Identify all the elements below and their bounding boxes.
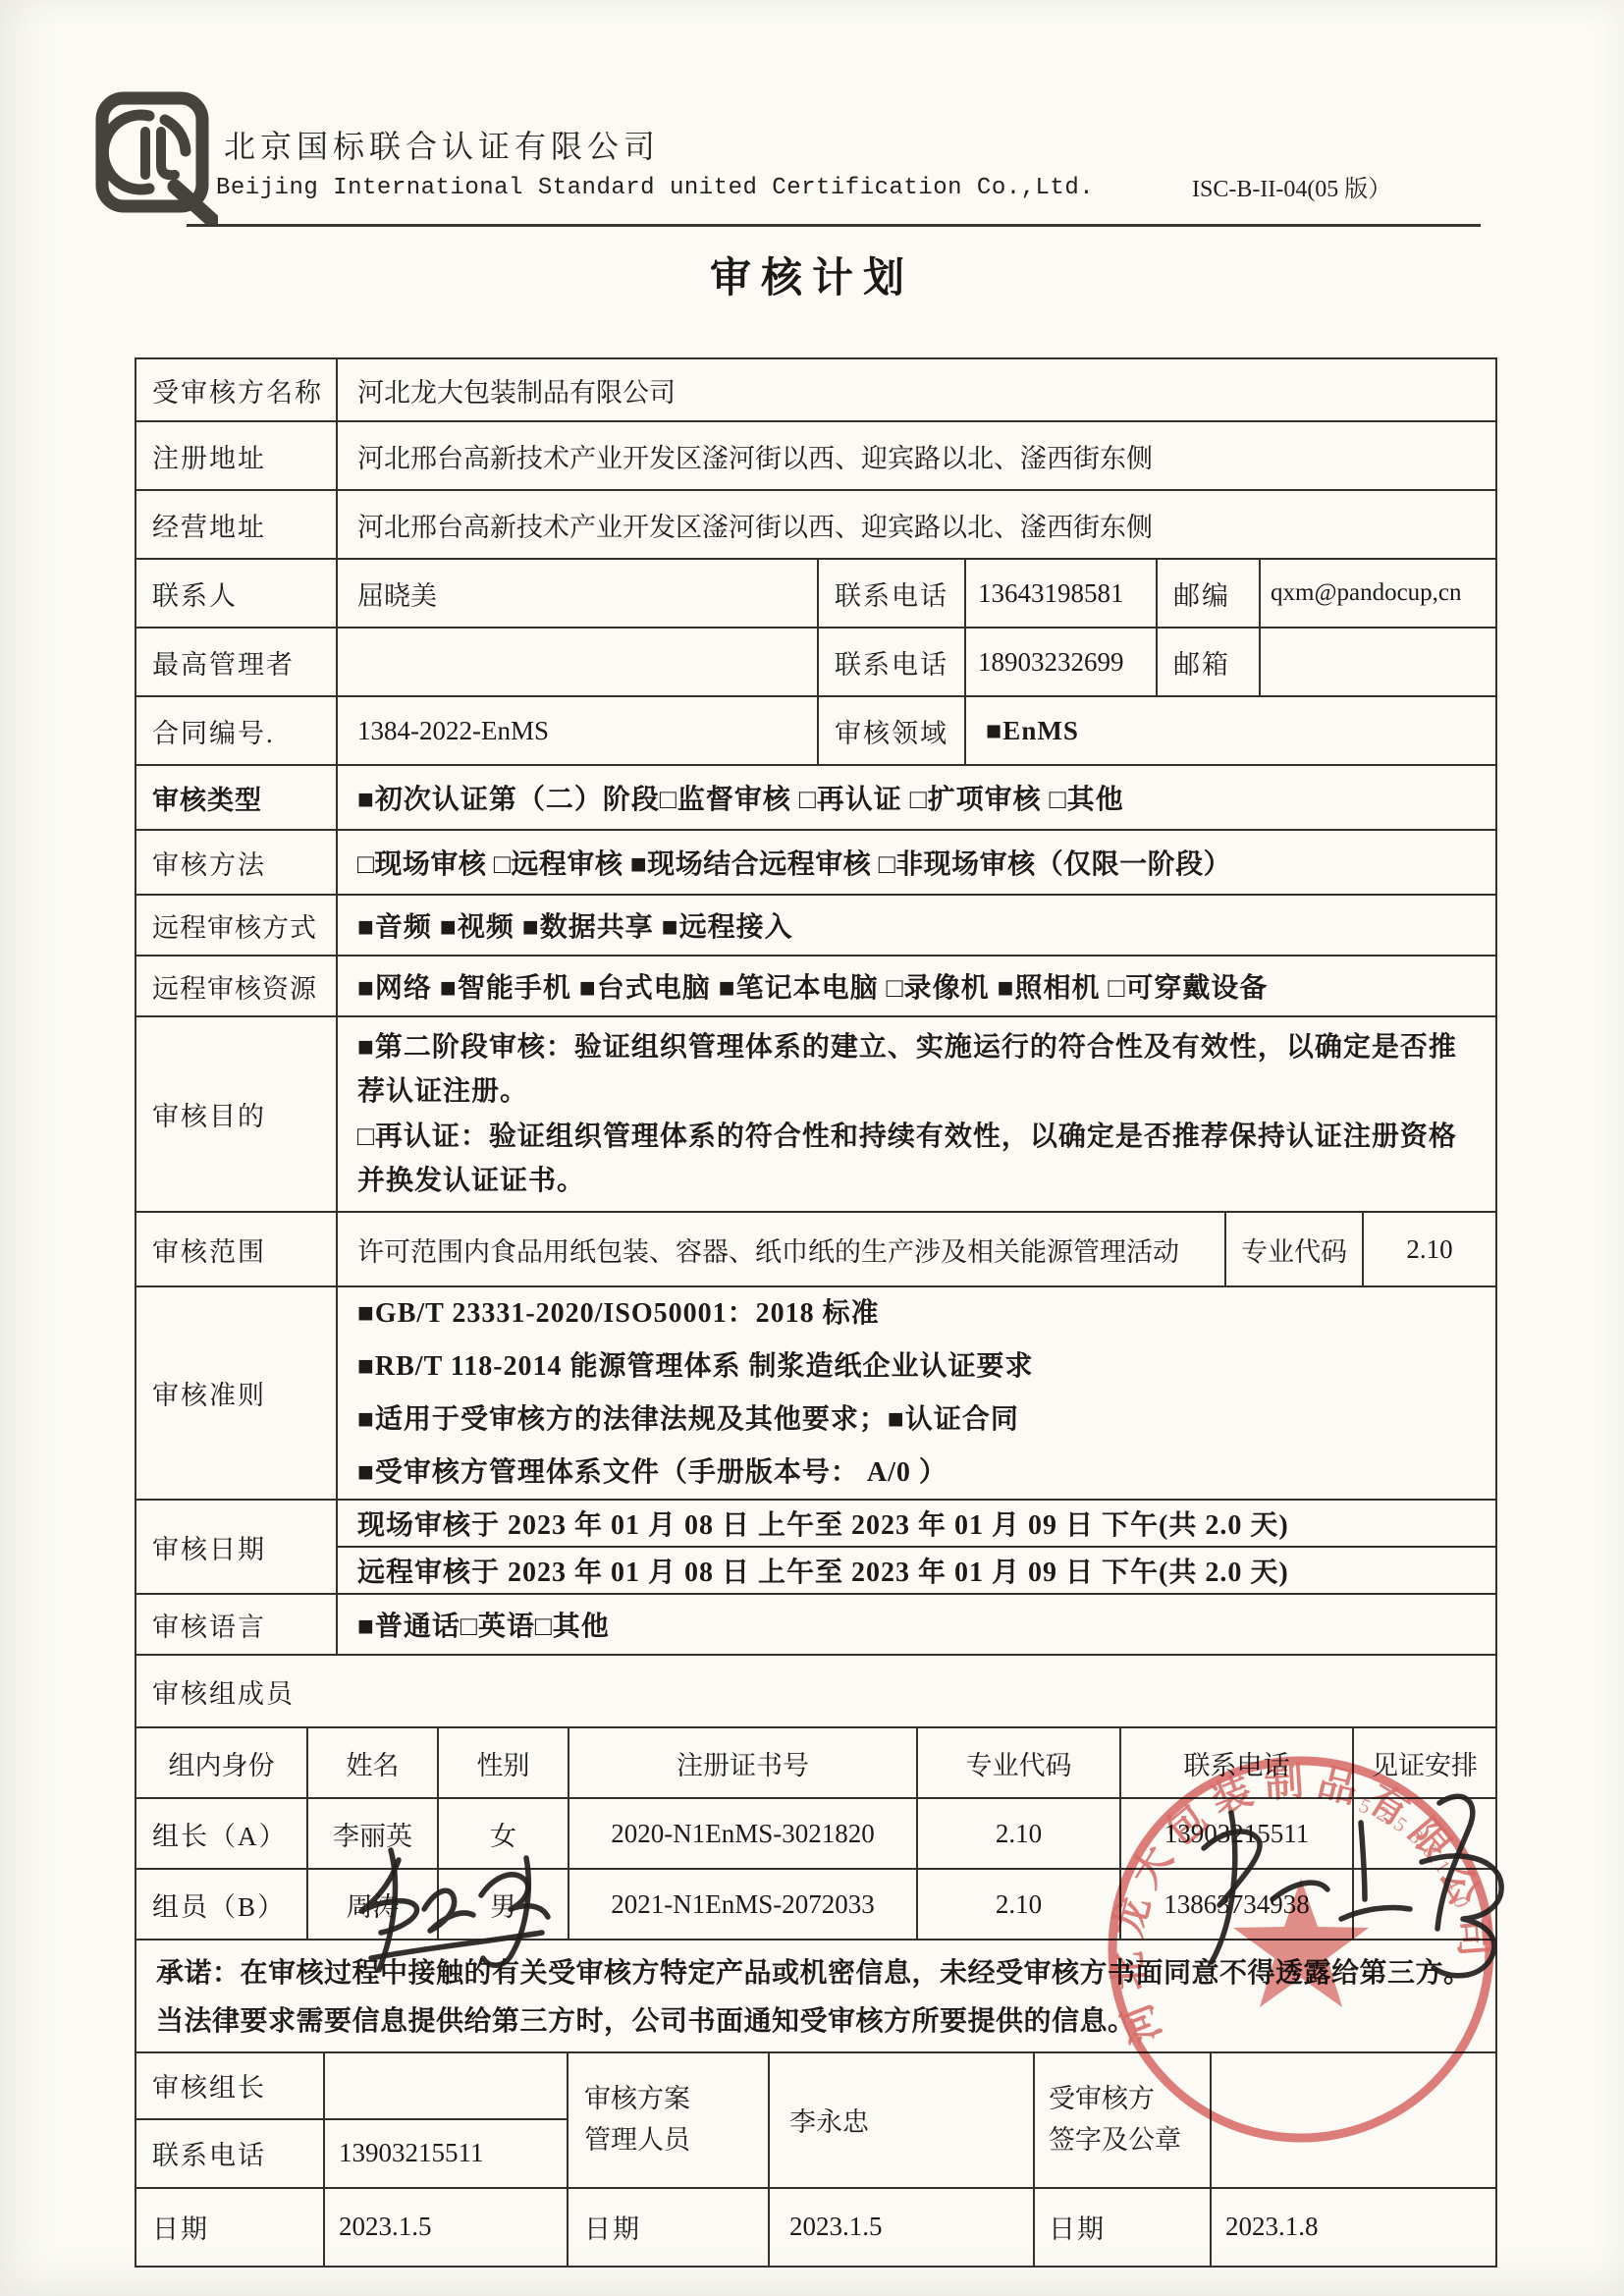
audit-scope-value: 许可范围内食品用纸包装、容器、纸巾纸的生产涉及相关能源管理活动 <box>337 1212 1225 1286</box>
audit-language-value: ■普通话□英语□其他 <box>337 1594 1496 1655</box>
postcode-label: 邮编 <box>1157 559 1260 628</box>
col-role: 组内身份 <box>135 1727 307 1798</box>
org-name-cn: 北京国标联合认证有限公司 <box>224 122 660 167</box>
onsite-date-value: 现场审核于 2023 年 01 月 08 日 上午至 2023 年 01 月 0… <box>337 1500 1496 1547</box>
col-cert-no: 注册证书号 <box>568 1727 917 1798</box>
criteria-line-3: ■适用于受审核方的法律法规及其他要求；■认证合同 <box>357 1394 1495 1447</box>
contract-no-value: 1384-2022-EnMS <box>337 696 818 765</box>
audit-criteria-label: 审核准则 <box>135 1286 337 1500</box>
member-role: 组长（A） <box>135 1798 307 1869</box>
operating-address-value: 河北邢台高新技术产业开发区滏河街以西、迎宾路以北、滏西街东侧 <box>337 490 1496 559</box>
member-role: 组员（B） <box>135 1869 307 1940</box>
registered-address-label: 注册地址 <box>135 421 337 490</box>
auditee-sign-label-line2: 签字及公章 <box>1049 2120 1200 2161</box>
contact-phone-label: 联系电话 <box>818 559 965 628</box>
team-members-table: 组内身份 姓名 性别 注册证书号 专业代码 联系电话 见证安排 组长（A） 李丽… <box>135 1726 1497 1941</box>
audit-scope-table: 审核范围 许可范围内食品用纸包装、容器、纸巾纸的生产涉及相关能源管理活动 专业代… <box>135 1211 1497 1287</box>
audit-domain-value: ■EnMS <box>965 696 1496 765</box>
audit-criteria-value: ■GB/T 23331-2020/ISO50001：2018 标准 ■RB/T … <box>337 1286 1496 1500</box>
program-manager-label: 审核方案 管理人员 <box>568 2052 769 2188</box>
manager-phone-value: 18903232699 <box>965 628 1157 696</box>
auditee-date-label: 日期 <box>1034 2188 1211 2267</box>
leader-phone-label: 联系电话 <box>135 2119 324 2188</box>
member-gender: 男 <box>438 1869 568 1940</box>
audit-domain-label: 审核领域 <box>818 696 965 765</box>
member-witness <box>1353 1869 1496 1940</box>
certification-logo <box>94 90 218 224</box>
audit-type-value: ■初次认证第（二）阶段□监督审核 □再认证 □扩项审核 □其他 <box>337 765 1496 830</box>
criteria-line-1: ■GB/T 23331-2020/ISO50001：2018 标准 <box>357 1287 1495 1340</box>
program-manager-label-line2: 管理人员 <box>584 2120 758 2161</box>
audit-type-label: 审核类型 <box>135 765 337 830</box>
specialty-code-value: 2.10 <box>1363 1212 1496 1286</box>
page-title: 审核计划 <box>0 246 1624 304</box>
audit-purpose-label: 审核目的 <box>135 1016 337 1212</box>
program-manager-label-line1: 审核方案 <box>584 2079 758 2120</box>
member-gender: 女 <box>438 1798 568 1869</box>
team-header-row: 组内身份 姓名 性别 注册证书号 专业代码 联系电话 见证安排 <box>135 1727 1496 1798</box>
member-witness <box>1353 1798 1496 1869</box>
member-cert-no: 2020-N1EnMS-3021820 <box>568 1798 917 1869</box>
program-manager-name: 李永忠 <box>769 2052 1034 2188</box>
commitment-line-1: 承诺：在审核过程中接触的有关受审核方特定产品或机密信息，未经受审核方书面同意不得… <box>156 1950 1480 1997</box>
col-phone: 联系电话 <box>1120 1727 1353 1798</box>
leader-date-value: 2023.1.5 <box>324 2188 568 2267</box>
member-code: 2.10 <box>917 1798 1120 1869</box>
leader-phone-value: 13903215511 <box>324 2119 568 2188</box>
manager-date-value: 2023.1.5 <box>769 2188 1034 2267</box>
criteria-line-2: ■RB/T 118-2014 能源管理体系 制浆造纸企业认证要求 <box>357 1340 1495 1394</box>
team-section-label: 审核组成员 <box>135 1655 1496 1727</box>
audit-language-table: 审核语言 ■普通话□英语□其他 <box>135 1593 1497 1656</box>
contact-table: 联系人 屈晓美 联系电话 13643198581 邮编 qxm@pandocup… <box>135 558 1497 697</box>
commitment-text: 承诺：在审核过程中接触的有关受审核方特定产品或机密信息，未经受审核方书面同意不得… <box>135 1940 1496 2051</box>
scanned-audit-plan-page: 北京国标联合认证有限公司 Beijing International Stand… <box>0 0 1624 2296</box>
audit-purpose-value: ■第二阶段审核：验证组织管理体系的建立、实施运行的符合性及有效性，以确定是否推荐… <box>337 1016 1496 1212</box>
auditee-sign-label-line1: 受审核方 <box>1049 2079 1200 2120</box>
member-name: 李丽英 <box>307 1798 438 1869</box>
member-phone: 13903215511 <box>1120 1798 1353 1869</box>
basic-info-table: 受审核方名称 河北龙大包装制品有限公司 注册地址 河北邢台高新技术产业开发区滏河… <box>135 357 1497 560</box>
leader-date-label: 日期 <box>135 2188 324 2267</box>
doc-code: ISC-B-II-04(05 版） <box>1192 169 1391 203</box>
audit-plan-table: 受审核方名称 河北龙大包装制品有限公司 注册地址 河北邢台高新技术产业开发区滏河… <box>135 359 1495 2268</box>
team-leader-label: 审核组长 <box>135 2052 324 2119</box>
member-name: 周涛 <box>307 1869 438 1940</box>
manager-date-label: 日期 <box>568 2188 769 2267</box>
audit-language-label: 审核语言 <box>135 1594 337 1655</box>
criteria-line-4: ■受审核方管理体系文件（手册版本号： A/0 ） <box>357 1447 1495 1500</box>
registered-address-value: 河北邢台高新技术产业开发区滏河街以西、迎宾路以北、滏西街东侧 <box>337 421 1496 490</box>
team-leader-signature-cell <box>324 2052 568 2119</box>
auditee-date-value: 2023.1.8 <box>1211 2188 1496 2267</box>
audit-criteria-table: 审核准则 ■GB/T 23331-2020/ISO50001：2018 标准 ■… <box>135 1285 1497 1501</box>
auditee-signature-stamp-cell <box>1211 2052 1496 2188</box>
contact-phone-value: 13643198581 <box>965 559 1157 628</box>
contract-no-label: 合同编号. <box>135 696 337 765</box>
signoff-table: 审核组长 审核方案 管理人员 李永忠 受审核方 签字及公章 联系电话 13903… <box>135 2051 1497 2268</box>
member-code: 2.10 <box>917 1869 1120 1940</box>
operating-address-label: 经营地址 <box>135 490 337 559</box>
contract-table: 合同编号. 1384-2022-EnMS 审核领域 ■EnMS <box>135 695 1497 766</box>
email-value <box>1260 628 1496 696</box>
col-code: 专业代码 <box>917 1727 1120 1798</box>
col-witness: 见证安排 <box>1353 1727 1496 1798</box>
commitment-table: 承诺：在审核过程中接触的有关受审核方特定产品或机密信息，未经受审核方书面同意不得… <box>135 1939 1497 2052</box>
member-phone: 13863734938 <box>1120 1869 1353 1940</box>
remote-resource-value: ■网络 ■智能手机 ■台式电脑 ■笔记本电脑 □录像机 ■照相机 □可穿戴设备 <box>337 956 1496 1016</box>
team-member-row: 组长（A） 李丽英 女 2020-N1EnMS-3021820 2.10 139… <box>135 1798 1496 1869</box>
audit-date-label: 审核日期 <box>135 1500 337 1594</box>
audit-scope-label: 审核范围 <box>135 1212 337 1286</box>
auditee-name-value: 河北龙大包装制品有限公司 <box>337 358 1496 421</box>
auditee-sign-label: 受审核方 签字及公章 <box>1034 2052 1211 2188</box>
remote-mode-label: 远程审核方式 <box>135 895 337 956</box>
purpose-recert-line: □再认证：验证组织管理体系的符合性和持续有效性，以确定是否推荐保持认证注册资格并… <box>357 1115 1482 1204</box>
member-cert-no: 2021-N1EnMS-2072033 <box>568 1869 917 1940</box>
audit-method-value: □现场审核 □远程审核 ■现场结合远程审核 □非现场审核（仅限一阶段） <box>337 830 1496 895</box>
team-member-row: 组员（B） 周涛 男 2021-N1EnMS-2072033 2.10 1386… <box>135 1869 1496 1940</box>
email-label: 邮箱 <box>1157 628 1260 696</box>
team-section-table: 审核组成员 <box>135 1654 1497 1728</box>
audit-method-label: 审核方法 <box>135 830 337 895</box>
col-name: 姓名 <box>307 1727 438 1798</box>
remote-mode-value: ■音频 ■视频 ■数据共享 ■远程接入 <box>337 895 1496 956</box>
org-name-en: Beijing International Standard united Ce… <box>216 175 1094 201</box>
purpose-stage2-line: ■第二阶段审核：验证组织管理体系的建立、实施运行的符合性及有效性，以确定是否推荐… <box>357 1025 1482 1115</box>
commitment-line-2: 当法律要求需要信息提供给第三方时，公司书面通知受审核方所要提供的信息。 <box>156 1998 1480 2046</box>
contact-person-label: 联系人 <box>135 559 337 628</box>
top-manager-label: 最高管理者 <box>135 628 337 696</box>
header-divider <box>187 224 1481 227</box>
remote-date-value: 远程审核于 2023 年 01 月 08 日 上午至 2023 年 01 月 0… <box>337 1547 1496 1594</box>
auditee-name-label: 受审核方名称 <box>135 358 337 421</box>
postcode-value: qxm@pandocup,cn <box>1260 559 1496 628</box>
contact-person-value: 屈晓美 <box>337 559 818 628</box>
audit-type-table: 审核类型 ■初次认证第（二）阶段□监督审核 □再认证 □扩项审核 □其他 审核方… <box>135 764 1497 1213</box>
audit-date-table: 审核日期 现场审核于 2023 年 01 月 08 日 上午至 2023 年 0… <box>135 1499 1497 1595</box>
specialty-code-label: 专业代码 <box>1225 1212 1363 1286</box>
manager-phone-label: 联系电话 <box>818 628 965 696</box>
top-manager-value <box>337 628 818 696</box>
remote-resource-label: 远程审核资源 <box>135 956 337 1016</box>
col-gender: 性别 <box>438 1727 568 1798</box>
